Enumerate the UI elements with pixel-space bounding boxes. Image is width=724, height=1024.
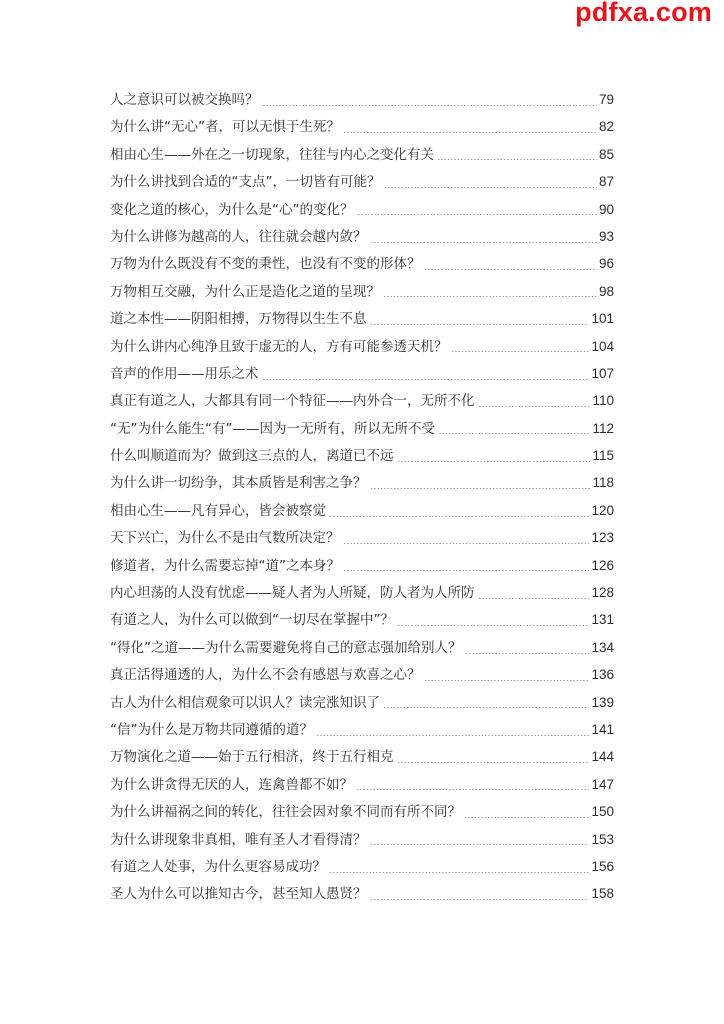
dot-leader <box>343 532 590 546</box>
dot-leader <box>370 313 590 327</box>
toc-entry-page-number[interactable]: 120 <box>589 497 614 524</box>
toc-entry-page-number[interactable]: 136 <box>589 661 614 688</box>
watermark-logo: pdfxa.com <box>575 0 712 28</box>
toc-entry[interactable]: 为什么讲福祸之间的转化，往往会因对象不同而有所不同？150 <box>110 798 614 825</box>
dot-leader <box>357 203 597 217</box>
toc-entry-page-number[interactable]: 112 <box>590 415 614 442</box>
dot-leader <box>465 642 590 656</box>
table-of-contents: 人之意识可以被交换吗？79为什么讲“无心”者，可以无惧于生死？82相由心生——外… <box>110 86 614 908</box>
toc-entry-page-number[interactable]: 82 <box>597 113 614 140</box>
toc-entry-page-number[interactable]: 139 <box>589 689 614 716</box>
toc-entry-page-number[interactable]: 158 <box>589 880 614 907</box>
toc-entry-title[interactable]: 相由心生——外在之一切现象，往往与内心之变化有关 <box>110 142 437 169</box>
toc-entry-page-number[interactable]: 141 <box>589 716 614 743</box>
toc-entry-page-number[interactable]: 115 <box>590 442 614 469</box>
toc-entry-page-number[interactable]: 134 <box>589 634 614 661</box>
toc-entry[interactable]: 真正有道之人，大都具有同一个特征——内外合一，无所不化110 <box>110 387 614 414</box>
toc-entry[interactable]: 音声的作用——用乐之术107 <box>110 360 614 387</box>
toc-entry-page-number[interactable]: 85 <box>597 141 614 168</box>
toc-entry-title[interactable]: 万物为什么既没有不变的秉性，也没有不变的形体？ <box>110 251 424 278</box>
toc-entry-page-number[interactable]: 101 <box>589 305 614 332</box>
dot-leader <box>451 340 590 354</box>
dot-leader <box>478 587 590 601</box>
toc-entry[interactable]: “无”为什么能生“有”——因为一无所有，所以无所不受112 <box>110 415 614 442</box>
dot-leader <box>370 477 591 491</box>
toc-entry-page-number[interactable]: 90 <box>597 196 614 223</box>
toc-entry-title[interactable]: 天下兴亡，为什么不是由气数所决定？ <box>110 525 343 552</box>
toc-entry[interactable]: 修道者，为什么需要忘掉“道”之本身？126 <box>110 552 614 579</box>
toc-entry-title[interactable]: 圣人为什么可以推知古今，甚至知人愚贤？ <box>110 881 370 908</box>
dot-leader <box>397 751 590 765</box>
toc-entry[interactable]: 为什么讲一切纷争，其本质皆是利害之争？118 <box>110 469 614 496</box>
toc-entry[interactable]: 为什么讲修为越高的人，往往就会越内敛？93 <box>110 223 614 250</box>
dot-leader <box>370 833 590 847</box>
toc-entry-title[interactable]: 为什么讲“无心”者，可以无惧于生死？ <box>110 114 343 141</box>
dot-leader <box>343 121 597 135</box>
dot-leader <box>424 258 597 272</box>
toc-entry[interactable]: 万物为什么既没有不变的秉性，也没有不变的形体？96 <box>110 250 614 277</box>
toc-entry-page-number[interactable]: 123 <box>589 524 614 551</box>
dot-leader <box>329 505 589 519</box>
toc-entry-page-number[interactable]: 96 <box>597 250 614 277</box>
toc-entry[interactable]: 变化之道的核心，为什么是“心”的变化？90 <box>110 196 614 223</box>
toc-entry[interactable]: 有道之人，为什么可以做到“一切尽在掌握中”？131 <box>110 606 614 633</box>
toc-entry-page-number[interactable]: 128 <box>589 579 614 606</box>
dot-leader <box>383 285 597 299</box>
toc-entry[interactable]: 为什么讲内心纯净且致于虚无的人，方有可能参透天机？104 <box>110 333 614 360</box>
dot-leader <box>343 559 589 573</box>
toc-entry-title[interactable]: 为什么讲内心纯净且致于虚无的人，方有可能参透天机？ <box>110 334 451 361</box>
toc-entry[interactable]: 相由心生——凡有异心，皆会被察觉120 <box>110 497 614 524</box>
dot-leader <box>262 94 597 108</box>
toc-entry[interactable]: 为什么讲现象非真相，唯有圣人才看得清？153 <box>110 826 614 853</box>
dot-leader <box>424 669 590 683</box>
dot-leader <box>383 696 589 710</box>
toc-entry-page-number[interactable]: 153 <box>589 826 614 853</box>
toc-entry-title[interactable]: 有道之人，为什么可以做到“一切尽在掌握中”？ <box>110 607 397 634</box>
toc-entry-title[interactable]: 万物相互交融，为什么正是造化之道的呈现？ <box>110 279 383 306</box>
dot-leader <box>397 450 591 464</box>
toc-entry[interactable]: 人之意识可以被交换吗？79 <box>110 86 614 113</box>
toc-entry-page-number[interactable]: 98 <box>597 278 614 305</box>
dot-leader <box>384 176 597 190</box>
dot-leader <box>329 861 589 875</box>
toc-entry[interactable]: “信”为什么是万物共同遵循的道？141 <box>110 716 614 743</box>
toc-entry[interactable]: 万物相互交融，为什么正是造化之道的呈现？98 <box>110 278 614 305</box>
toc-entry[interactable]: 内心坦荡的人没有忧虑——疑人者为人所疑，防人者为人所防128 <box>110 579 614 606</box>
toc-entry-page-number[interactable]: 131 <box>589 606 614 633</box>
toc-entry-title[interactable]: 内心坦荡的人没有忧虑——疑人者为人所疑，防人者为人所防 <box>110 580 478 607</box>
toc-entry[interactable]: 道之本性——阴阳相搏，万物得以生生不息101 <box>110 305 614 332</box>
toc-entry-page-number[interactable]: 93 <box>597 223 614 250</box>
toc-entry-page-number[interactable]: 104 <box>589 333 614 360</box>
dot-leader <box>464 806 589 820</box>
toc-entry[interactable]: 相由心生——外在之一切现象，往往与内心之变化有关85 <box>110 141 614 168</box>
toc-entry-page-number[interactable]: 156 <box>589 853 614 880</box>
toc-entry[interactable]: 真正活得通透的人，为什么不会有感恩与欢喜之心？136 <box>110 661 614 688</box>
toc-entry-title[interactable]: 万物演化之道——始于五行相济，终于五行相克 <box>110 744 397 771</box>
toc-entry-title[interactable]: 道之本性——阴阳相搏，万物得以生生不息 <box>110 306 370 333</box>
dot-leader <box>478 395 591 409</box>
toc-entry-title[interactable]: 为什么讲找到合适的“支点”，一切皆有可能？ <box>110 169 384 196</box>
dot-leader <box>438 422 590 436</box>
toc-entry[interactable]: 为什么讲找到合适的“支点”，一切皆有可能？87 <box>110 168 614 195</box>
toc-entry-title[interactable]: 相由心生——凡有异心，皆会被察觉 <box>110 498 329 525</box>
toc-entry-title[interactable]: 什么叫顺道而为？做到这三点的人，离道已不远 <box>110 443 397 470</box>
toc-entry[interactable]: 古人为什么相信观象可以识人？读完涨知识了139 <box>110 689 614 716</box>
toc-entry[interactable]: 万物演化之道——始于五行相济，终于五行相克144 <box>110 743 614 770</box>
toc-entry[interactable]: “得化”之道——为什么需要避免将自己的意志强加给别人？134 <box>110 634 614 661</box>
dot-leader <box>356 778 589 792</box>
dot-leader <box>262 368 590 382</box>
toc-entry-title[interactable]: “无”为什么能生“有”——因为一无所有，所以无所不受 <box>110 416 438 443</box>
toc-entry-page-number[interactable]: 144 <box>589 743 614 770</box>
dot-leader <box>397 614 589 628</box>
toc-entry-title[interactable]: 真正有道之人，大都具有同一个特征——内外合一，无所不化 <box>110 388 478 415</box>
toc-entry-page-number[interactable]: 118 <box>590 469 614 496</box>
dot-leader <box>316 724 589 738</box>
dot-leader <box>370 888 590 902</box>
toc-entry-page-number[interactable]: 126 <box>589 552 614 579</box>
toc-entry-title[interactable]: 音声的作用——用乐之术 <box>110 361 262 388</box>
toc-entry-title[interactable]: 为什么讲贪得无厌的人，连禽兽都不如？ <box>110 772 356 799</box>
toc-entry-title[interactable]: 人之意识可以被交换吗？ <box>110 87 262 114</box>
toc-entry-title[interactable]: “信”为什么是万物共同遵循的道？ <box>110 717 316 744</box>
toc-entry-title[interactable]: 有道之人处事，为什么更容易成功？ <box>110 854 329 881</box>
toc-entry[interactable]: 为什么讲贪得无厌的人，连禽兽都不如？147 <box>110 771 614 798</box>
toc-entry-title[interactable]: “得化”之道——为什么需要避免将自己的意志强加给别人？ <box>110 635 465 662</box>
toc-entry-title[interactable]: 为什么讲福祸之间的转化，往往会因对象不同而有所不同？ <box>110 799 464 826</box>
toc-entry-page-number[interactable]: 87 <box>597 168 614 195</box>
dot-leader <box>437 148 597 162</box>
toc-entry[interactable]: 为什么讲“无心”者，可以无惧于生死？82 <box>110 113 614 140</box>
toc-entry-page-number[interactable]: 110 <box>590 387 614 414</box>
toc-entry-title[interactable]: 为什么讲现象非真相，唯有圣人才看得清？ <box>110 827 370 854</box>
toc-entry-title[interactable]: 真正活得通透的人，为什么不会有感恩与欢喜之心？ <box>110 662 424 689</box>
toc-entry[interactable]: 天下兴亡，为什么不是由气数所决定？123 <box>110 524 614 551</box>
toc-entry-page-number[interactable]: 147 <box>589 771 614 798</box>
toc-entry[interactable]: 有道之人处事，为什么更容易成功？156 <box>110 853 614 880</box>
dot-leader <box>370 231 597 245</box>
toc-entry-page-number[interactable]: 107 <box>589 360 614 387</box>
toc-entry[interactable]: 什么叫顺道而为？做到这三点的人，离道已不远115 <box>110 442 614 469</box>
toc-entry-title[interactable]: 为什么讲修为越高的人，往往就会越内敛？ <box>110 224 370 251</box>
toc-entry-page-number[interactable]: 79 <box>597 86 614 113</box>
toc-entry-title[interactable]: 为什么讲一切纷争，其本质皆是利害之争？ <box>110 470 370 497</box>
toc-entry-page-number[interactable]: 150 <box>589 798 614 825</box>
toc-entry[interactable]: 圣人为什么可以推知古今，甚至知人愚贤？158 <box>110 880 614 907</box>
toc-entry-title[interactable]: 变化之道的核心，为什么是“心”的变化？ <box>110 197 357 224</box>
toc-entry-title[interactable]: 修道者，为什么需要忘掉“道”之本身？ <box>110 553 343 580</box>
toc-entry-title[interactable]: 古人为什么相信观象可以识人？读完涨知识了 <box>110 690 383 717</box>
